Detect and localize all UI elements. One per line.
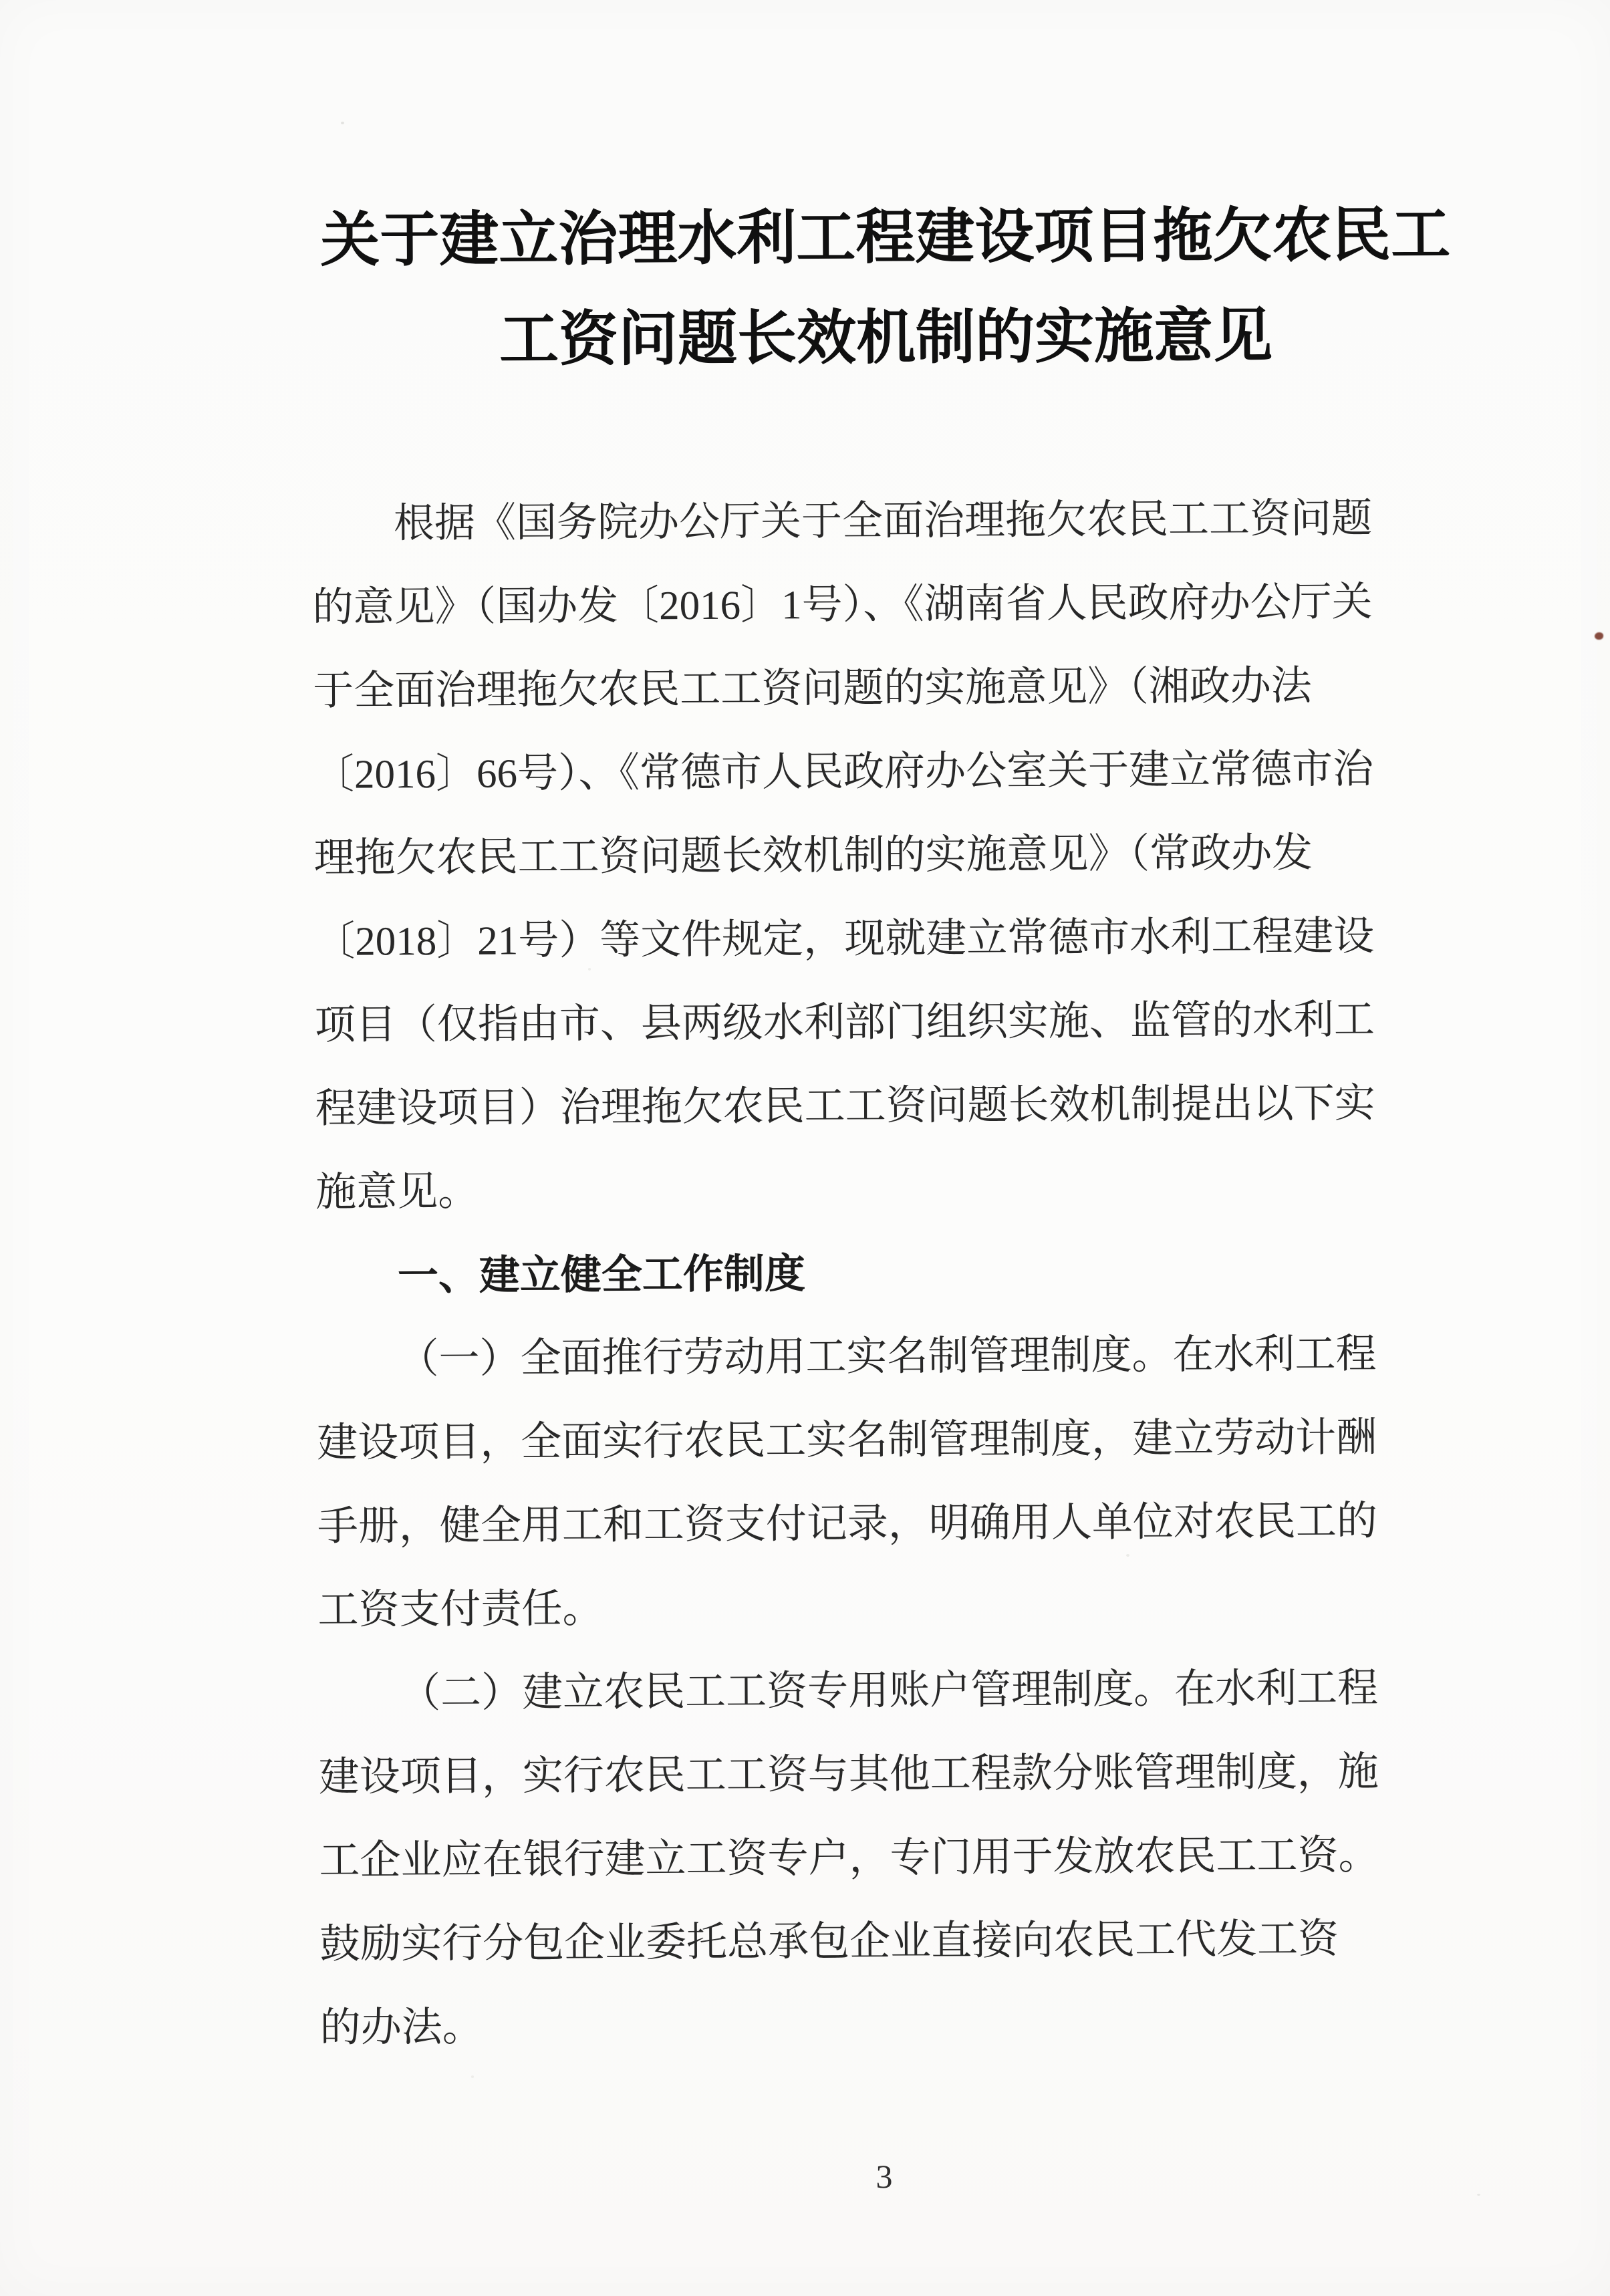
document-body: 根据《国务院办公厅关于全面治理拖欠农民工工资问题 的意见》（国办发〔2016〕1… xyxy=(312,477,1496,2070)
scan-speck xyxy=(588,968,591,971)
body-line: 工资支付责任。 xyxy=(317,1563,1494,1652)
body-line: 理拖欠农民工工资问题长效机制的实施意见》（常政办发 xyxy=(313,811,1490,900)
ink-stain xyxy=(1595,632,1603,640)
scan-speck xyxy=(341,122,344,124)
title-line-1: 关于建立治理水利工程建设项目拖欠农民工 xyxy=(310,185,1460,291)
body-line: 项目（仅指由市、县两级水利部门组织实施、监管的水利工 xyxy=(315,978,1492,1067)
body-line: （一）全面推行劳动用工实名制管理制度。在水利工程 xyxy=(316,1312,1493,1402)
body-line: 建设项目，实行农民工工资与其他工程款分账管理制度，施 xyxy=(319,1730,1496,1819)
body-line: 工企业应在银行建立工资专户，专门用于发放农民工工资。 xyxy=(319,1813,1496,1903)
page-number: 3 xyxy=(860,2156,908,2196)
body-line: 于全面治理拖欠农民工工资问题的实施意见》（湘政办法 xyxy=(313,644,1490,733)
scan-speck xyxy=(1477,2194,1480,2196)
scan-speck xyxy=(1126,1554,1129,1557)
body-line: 鼓励实行分包企业委托总承包企业直接向农民工代发工资 xyxy=(319,1897,1496,1987)
body-line: 建设项目，全面实行农民工实名制管理制度，建立劳动计酬 xyxy=(317,1396,1494,1485)
title-line-2: 工资问题长效机制的实施意见 xyxy=(311,285,1461,392)
body-line: 〔2016〕66号）、《常德市人民政府办公室关于建立常德市治 xyxy=(313,727,1490,817)
document-page: 关于建立治理水利工程建设项目拖欠农民工 工资问题长效机制的实施意见 根据《国务院… xyxy=(0,0,1610,2296)
body-line: 根据《国务院办公厅关于全面治理拖欠农民工工资问题 xyxy=(312,477,1489,566)
body-line: 手册，健全用工和工资支付记录，明确用人单位对农民工的 xyxy=(317,1479,1494,1569)
document-content: 关于建立治理水利工程建设项目拖欠农民工 工资问题长效机制的实施意见 根据《国务院… xyxy=(0,0,1610,2296)
section-heading: 一、建立健全工作制度 xyxy=(316,1229,1493,1318)
body-line: （二）建立农民工工资专用账户管理制度。在水利工程 xyxy=(318,1646,1495,1736)
body-line: 的办法。 xyxy=(319,1981,1496,2070)
document-title: 关于建立治理水利工程建设项目拖欠农民工 工资问题长效机制的实施意见 xyxy=(310,185,1461,392)
body-line: 的意见》（国办发〔2016〕1号）、《湖南省人民政府办公厅关 xyxy=(312,560,1489,650)
scan-speck xyxy=(471,2075,474,2078)
body-line: 〔2018〕21号）等文件规定，现就建立常德市水利工程建设 xyxy=(314,894,1491,984)
body-line: 程建设项目）治理拖欠农民工工资问题长效机制提出以下实 xyxy=(315,1061,1492,1151)
body-line: 施意见。 xyxy=(315,1145,1492,1235)
